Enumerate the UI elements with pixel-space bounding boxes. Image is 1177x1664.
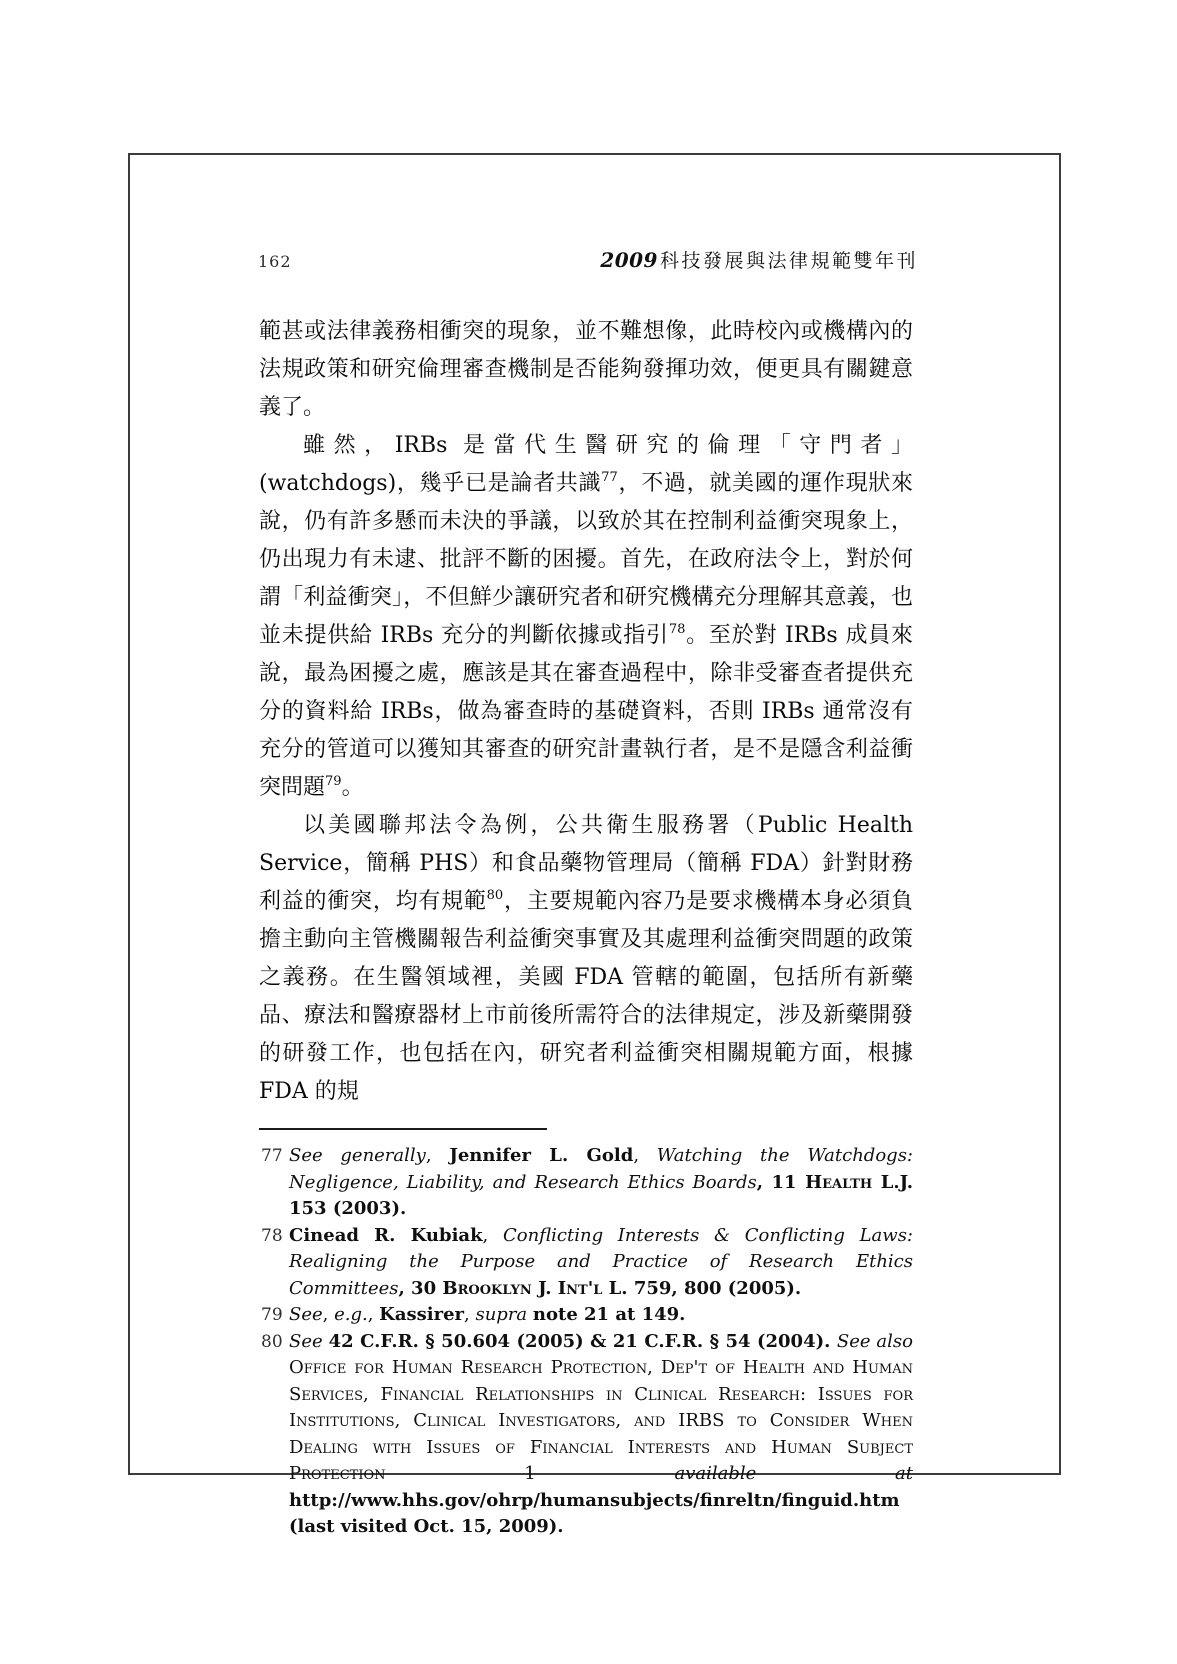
footnote: 80See 42 C.F.R. § 50.604 (2005) & 21 C.F… [259, 1329, 913, 1541]
text-segment: See [289, 1331, 323, 1352]
footnote-separator [259, 1128, 547, 1130]
paragraph: 範甚或法律義務相衝突的現象，並不難想像，此時校內或機構內的法規政策和研究倫理審查… [259, 313, 913, 427]
text-segment: , [633, 1145, 656, 1166]
text-segment: See also [837, 1331, 913, 1352]
page-header: 162 2009科技發展與法律規範雙年刊 [258, 246, 918, 273]
text-segment: J. [532, 1278, 558, 1299]
text-segment: , [368, 1304, 379, 1325]
footnote-number: 80 [259, 1329, 289, 1541]
text-segment: Kassirer [379, 1304, 464, 1325]
text-segment: See [289, 1304, 323, 1325]
text-segment: 42 C.F.R. § 50.604 (2005) & 21 C.F.R. § … [329, 1331, 837, 1352]
journal-title-text: 科技發展與法律規範雙年刊 [660, 250, 918, 272]
text-segment: available at [674, 1463, 913, 1484]
footnote: 78Cinead R. Kubiak, Conflicting Interest… [259, 1223, 913, 1303]
text-segment: ，主要規範內容乃是要求機構本身必須負擔主動向主管機關報告利益衝突事實及其處理利益… [259, 889, 913, 1104]
text-segment: L. 759, 800 (2005). [602, 1278, 801, 1299]
text-segment: , 30 [399, 1278, 443, 1299]
journal-title: 2009科技發展與法律規範雙年刊 [600, 246, 918, 273]
footnote-ref-78: 78 [669, 622, 686, 637]
footnote-text: See, e.g., Kassirer, supra note 21 at 14… [289, 1302, 913, 1329]
text-segment: Health [805, 1172, 872, 1193]
text-segment: e.g. [334, 1304, 368, 1325]
footnote-ref-80: 80 [487, 888, 504, 903]
page-number: 162 [258, 252, 292, 271]
footnote: 77See generally, Jennifer L. Gold, Watch… [259, 1143, 913, 1223]
text-segment: 。 [342, 775, 364, 800]
text-segment: , [323, 1304, 334, 1325]
text-segment: , 11 [757, 1172, 805, 1193]
footnote-number: 77 [259, 1143, 289, 1223]
footnote-ref-79: 79 [325, 774, 342, 789]
text-segment: Brooklyn [442, 1278, 531, 1299]
paragraph: 雖然，IRBs 是當代生醫研究的倫理「守門者」(watchdogs)，幾乎已是論… [259, 427, 913, 807]
text-segment: Cinead R. Kubiak [289, 1225, 483, 1246]
page-content: 範甚或法律義務相衝突的現象，並不難想像，此時校內或機構內的法規政策和研究倫理審查… [259, 313, 913, 1541]
footnote-list: 77See generally, Jennifer L. Gold, Watch… [259, 1143, 913, 1541]
text-segment: Int'l [558, 1278, 603, 1299]
text-segment: ，不過，就美國的運作現狀來說，仍有許多懸而未決的爭議，以致於其在控制利益衝突現象… [259, 471, 913, 648]
text-segment: note 21 at 149. [533, 1304, 686, 1325]
text-segment: , [426, 1145, 449, 1166]
text-segment: supra [475, 1304, 527, 1325]
footnote-number: 78 [259, 1223, 289, 1303]
text-segment: , [483, 1225, 503, 1246]
text-segment: http://www.hhs.gov/ohrp/humansubjects/fi… [289, 1490, 900, 1538]
text-segment: 範甚或法律義務相衝突的現象，並不難想像，此時校內或機構內的法規政策和研究倫理審查… [259, 319, 913, 420]
footnote-text: See 42 C.F.R. § 50.604 (2005) & 21 C.F.R… [289, 1329, 913, 1541]
text-segment: Jennifer L. Gold [449, 1145, 633, 1166]
footnote-ref-77: 77 [601, 470, 618, 485]
footnote: 79See, e.g., Kassirer, supra note 21 at … [259, 1302, 913, 1329]
footnote-number: 79 [259, 1302, 289, 1329]
scanned-journal-page: { "colors": { "ink": "#0a0a0a", "page_bo… [0, 0, 1177, 1664]
body-paragraphs: 範甚或法律義務相衝突的現象，並不難想像，此時校內或機構內的法規政策和研究倫理審查… [259, 313, 913, 1111]
footnote-text: Cinead R. Kubiak, Conflicting Interests … [289, 1223, 913, 1303]
text-segment: 。至於對 IRBs 成員來說，最為困擾之處，應該是其在審查過程中，除非受審查者提… [259, 623, 913, 800]
paragraph: 以美國聯邦法令為例，公共衛生服務署（Public Health Service，… [259, 807, 913, 1111]
text-segment: See generally [289, 1145, 426, 1166]
footnote-text: See generally, Jennifer L. Gold, Watchin… [289, 1143, 913, 1223]
text-segment: , [464, 1304, 475, 1325]
journal-year: 2009 [600, 248, 658, 272]
